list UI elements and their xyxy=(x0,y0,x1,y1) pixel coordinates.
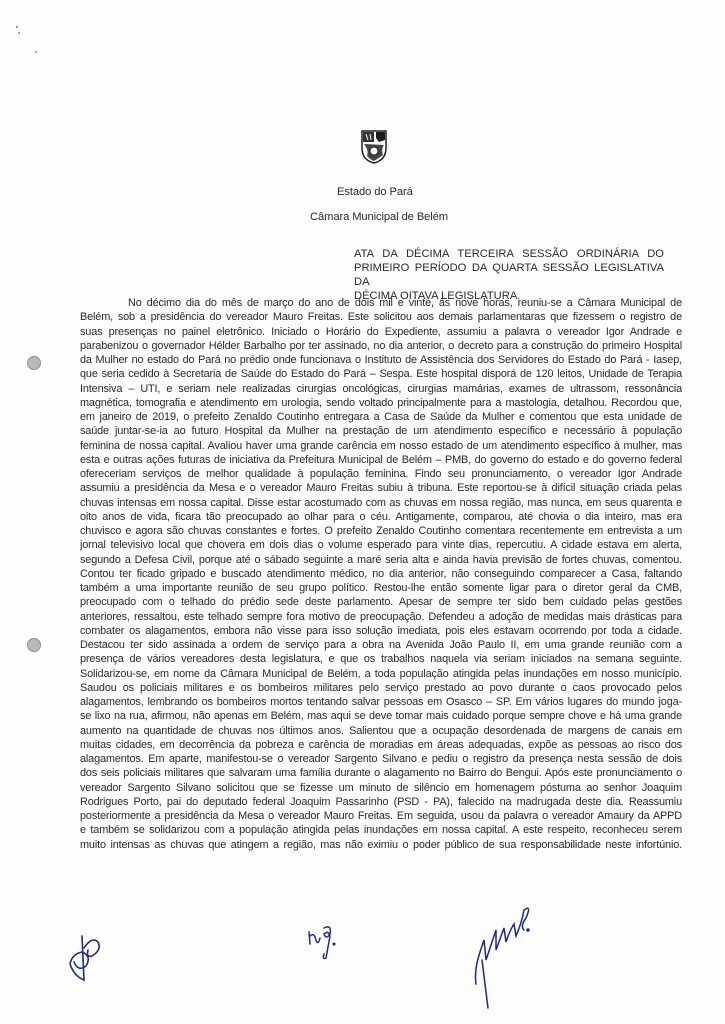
body-line: magnética, tomografia e atendimento em u… xyxy=(80,396,682,410)
body-line: se lixo na rua, afirmou, não apenas em B… xyxy=(80,709,682,723)
punch-hole xyxy=(27,356,41,370)
body-line: jornal televisivo local que chovera em d… xyxy=(80,538,682,552)
chamber-heading: Câmara Municipal de Belém xyxy=(310,211,448,223)
body-line: Rodrigues Porto, pai do deputado federal… xyxy=(80,795,682,809)
body-line: preocupado com o telhado do prédio sede … xyxy=(80,595,682,609)
body-line: também a uma importante reunião de seu g… xyxy=(80,581,682,595)
body-line: assumiu a presidência da Mesa e o veread… xyxy=(80,481,682,495)
minutes-title: ATA DA DÉCIMA TERCEIRA SESSÃO ORDINÁRIA … xyxy=(354,247,664,303)
body-line: que seria cedido à Secretaria de Saúde d… xyxy=(80,367,682,381)
body-line: anteriores, ressaltou, este telhado semp… xyxy=(80,610,682,624)
body-line: esta e outras ações futuras de iniciativ… xyxy=(80,453,682,467)
body-line: saúde juntar-se-ia ao futuro Hospital da… xyxy=(80,424,682,438)
body-line: alagamentos. Em aparte, manifestou-se o … xyxy=(80,752,682,766)
body-line: segundo a Defesa Civil, porque até o sáb… xyxy=(80,553,682,567)
body-line: vereador Sargento Silvano solicitou que … xyxy=(80,781,682,795)
body-line: feminina de nossa capital. Avaliou haver… xyxy=(80,439,682,453)
state-heading: Estado do Pará xyxy=(337,186,413,198)
body-line: ofereceriam serviços de melhor qualidade… xyxy=(80,467,682,481)
body-line: Destacou ter sido assinada a ordem de se… xyxy=(80,638,682,652)
signature-initials-2 xyxy=(306,920,342,969)
body-line: Belém, sob a presidência do vereador Mau… xyxy=(80,310,682,324)
body-line: da Mulher no estado do Pará no prédio on… xyxy=(80,353,682,367)
title-line: ATA DA DÉCIMA TERCEIRA SESSÃO ORDINÁRIA … xyxy=(354,247,664,261)
body-line: muitas cidades, em decorrência da pobrez… xyxy=(80,738,682,752)
body-line: Saudou os policiais militares e os bombe… xyxy=(80,681,682,695)
body-line: aumento na quantidade de chuvas nos últi… xyxy=(80,724,682,738)
minutes-body: No décimo dia do mês de março do ano de … xyxy=(80,296,682,852)
body-line: dos seis policiais militares que salvara… xyxy=(80,766,682,780)
body-line: combater os alagamentos, embora não viss… xyxy=(80,624,682,638)
body-line: muito intensas as chuvas que atingem a r… xyxy=(80,838,682,852)
body-line: parabenizou o governador Hélder Barbalho… xyxy=(80,339,682,353)
body-line: posteriormente a presidência da Mesa o v… xyxy=(80,809,682,823)
scan-specks xyxy=(14,24,44,54)
body-line: presença de vários vereadores desta legi… xyxy=(80,652,682,666)
body-line: chuvisco e agora são chuvas constantes e… xyxy=(80,524,682,538)
body-line: No décimo dia do mês de março do ano de … xyxy=(80,296,682,310)
title-line: PRIMEIRO PERÍODO DA QUARTA SESSÃO LEGISL… xyxy=(354,261,664,289)
body-line: em janeiro de 2019, o prefeito Zenaldo C… xyxy=(80,410,682,424)
body-line: e também se solidarizou com a população … xyxy=(80,823,682,837)
body-line: Solidarizou-se, em nome da Câmara Munici… xyxy=(80,667,682,681)
signature-initials-1 xyxy=(62,930,110,991)
body-line: chuvas intensas em nossa capital. Disse … xyxy=(80,496,682,510)
body-line: Contou ter ficado gripado e buscado aten… xyxy=(80,567,682,581)
body-line: suas presenças no painel eletrônico. Ini… xyxy=(80,325,682,339)
body-line: Intensiva – UTI, e seriam nele realizada… xyxy=(80,382,682,396)
punch-hole xyxy=(27,638,41,652)
body-line: alagamentos, lembrando os bombeiros mort… xyxy=(80,695,682,709)
coat-of-arms-icon xyxy=(359,128,389,164)
signature-initials-3 xyxy=(470,900,536,1017)
body-line: oito anos de vida, ficara tão preocupado… xyxy=(80,510,682,524)
document-page: Estado do Pará Câmara Municipal de Belém… xyxy=(0,0,725,1024)
